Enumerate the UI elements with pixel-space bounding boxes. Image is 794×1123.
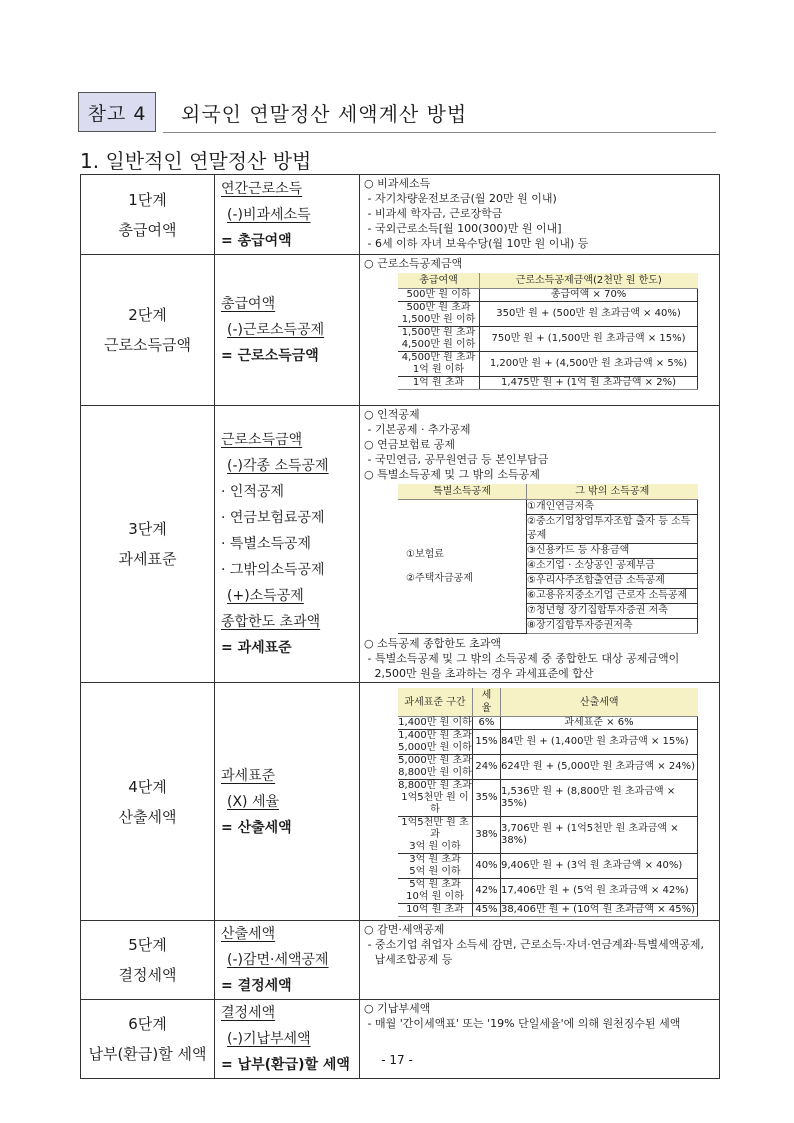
sub-table-header: 세율: [472, 688, 500, 717]
sub-table: 특별소득공제그 밖의 소득공제①보험료②주택자금공제①개인연금저축②중소기업창업…: [398, 484, 698, 634]
formula-cell: 과세표준(X) 세율= 산출세액: [215, 683, 360, 921]
formula-line: · 그밖의소득공제: [221, 557, 359, 583]
cell-line: 과세표준 × 6%: [501, 717, 697, 729]
formula-line: (-)근로소득공제: [221, 317, 359, 343]
formula-cell: 근로소득금액(-)각종 소득공제· 인적공제· 연금보험료공제· 특별소득공제·…: [215, 406, 360, 683]
sub-table-cell: 1,536만 원 + (8,800만 원 초과금액 × 35%): [500, 780, 697, 817]
sub-table-cell: 40%: [472, 854, 500, 879]
cell-line: 1억 원 이하: [398, 364, 479, 376]
sub-table-row: 10억 원 초과45%38,406만 원 + (10억 원 초과금액 × 45%…: [398, 904, 698, 917]
step-row: 1단계총급여액연간근로소득(-)비과세소득= 총급여액○ 비과세소득 - 자기차…: [81, 175, 720, 255]
sub-table-cell: 5억 원 초과10억 원 이하: [398, 879, 472, 904]
cell-line: 4,500만 원 초과: [398, 352, 479, 364]
sub-table-cell: 4,500만 원 초과1억 원 이하: [398, 352, 480, 377]
cell-line: 1,200만 원 + (4,500만 원 초과금액 × 5%): [480, 358, 697, 370]
formula-line: (+)소득공제: [221, 583, 359, 609]
sub-table-cell: 17,406만 원 + (5억 원 초과금액 × 42%): [500, 879, 697, 904]
step-label-cell: 1단계총급여액: [81, 175, 215, 255]
cell-line: 1,475만 원 + (1억 원 초과금액 × 2%): [480, 377, 697, 389]
cell-line: 84만 원 + (1,400만 원 초과금액 × 15%): [501, 736, 697, 748]
sub-table-cell: 42%: [472, 879, 500, 904]
step-number: 3단계: [81, 514, 214, 544]
cell-line: 1,500만 원 이하: [398, 314, 479, 326]
sub-table-header-row: 특별소득공제그 밖의 소득공제: [398, 484, 698, 500]
sub-table-cell: 1,500만 원 초과4,500만 원 이하: [398, 327, 480, 352]
cell-line: 6%: [473, 717, 500, 729]
cell-line: 1,400만 원 초과: [398, 730, 472, 742]
sub-table-cell: 24%: [472, 755, 500, 780]
step-label-cell: 4단계산출세액: [81, 683, 215, 921]
sub-table-row: 1,500만 원 초과4,500만 원 이하750만 원 + (1,500만 원…: [398, 327, 698, 352]
detail-line: ○ 인적공제: [364, 407, 715, 422]
cell-line: 1억 원 초과: [398, 377, 479, 389]
step-name: 총급여액: [81, 215, 214, 245]
cell-line: 17,406만 원 + (5억 원 초과금액 × 42%): [501, 885, 697, 897]
page-number: - 17 -: [0, 1053, 794, 1067]
cell-line: 500만 원 이하: [398, 289, 479, 301]
sub-table-row: 4,500만 원 초과1억 원 이하1,200만 원 + (4,500만 원 초…: [398, 352, 698, 377]
step-name: 과세표준: [81, 544, 214, 574]
step-row: 2단계근로소득금액총급여액(-)근로소득공제= 근로소득금액○ 근로소득공제금액…: [81, 255, 720, 406]
detail-line: 납세조합공제 등: [364, 952, 715, 967]
formula-line: 결정세액: [221, 1000, 359, 1026]
cell-line: 9,406만 원 + (3억 원 초과금액 × 40%): [501, 860, 697, 872]
step-row: 3단계과세표준근로소득금액(-)각종 소득공제· 인적공제· 연금보험료공제· …: [81, 406, 720, 683]
other-deduction-cell: ②중소기업창업투자조합 출자 등 소득공제: [527, 515, 698, 544]
detail-line: - 중소기업 취업자 소득세 감면, 근로소득·자녀·연금계좌·특별세액공제,: [364, 937, 715, 952]
sub-table-row: 500만 원 이하총급여액 × 70%: [398, 289, 698, 302]
sub-table-header: 근로소득공제금액(2천만 원 한도): [480, 273, 698, 289]
step-label-cell: 3단계과세표준: [81, 406, 215, 683]
formula-line: = 과세표준: [221, 635, 359, 661]
special-item: ①보험료: [406, 543, 526, 567]
formula-line: = 결정세액: [221, 973, 359, 999]
step-number: 4단계: [81, 772, 214, 802]
sub-table-row: 1억 원 초과1,475만 원 + (1억 원 초과금액 × 2%): [398, 377, 698, 390]
cell-line: 45%: [473, 904, 500, 916]
step-name: 근로소득금액: [81, 330, 214, 360]
sub-table-cell: 38%: [472, 817, 500, 854]
sub-table-cell: 350만 원 + (500만 원 초과금액 × 40%): [480, 302, 698, 327]
sub-table-cell: 1억5천만 원 초과3억 원 이하: [398, 817, 472, 854]
cell-line: 40%: [473, 860, 500, 872]
sub-table-cell: 1억 원 초과: [398, 377, 480, 390]
cell-line: 5,000만 원 초과: [398, 755, 472, 767]
formula-line: · 인적공제: [221, 479, 359, 505]
formula-cell: 산출세액(-)감면·세액공제= 결정세액: [215, 921, 360, 1000]
step-name: 결정세액: [81, 960, 214, 990]
cell-line: 4,500만 원 이하: [398, 339, 479, 351]
sub-table-header-row: 총급여액근로소득공제금액(2천만 원 한도): [398, 273, 698, 289]
cell-line: 5억 원 이하: [398, 866, 472, 878]
cell-line: 3억 원 이하: [398, 841, 472, 853]
step-label-cell: 5단계결정세액: [81, 921, 215, 1000]
sub-table-header: 총급여액: [398, 273, 480, 289]
other-deduction-cell: ③신용카드 등 사용금액: [527, 544, 698, 559]
formula-line: 과세표준: [221, 763, 359, 789]
sub-table-cell: 1,200만 원 + (4,500만 원 초과금액 × 5%): [480, 352, 698, 377]
detail-line: - 특별소득공제 및 그 밖의 소득공제 중 종합한도 대상 공제금액이: [364, 651, 715, 666]
page-title: 외국인 연말정산 세액계산 방법: [181, 98, 467, 127]
sub-table-header: 특별소득공제: [398, 484, 527, 500]
sub-table-cell: 38,406만 원 + (10억 원 초과금액 × 45%): [500, 904, 697, 917]
sub-table: 총급여액근로소득공제금액(2천만 원 한도)500만 원 이하총급여액 × 70…: [398, 273, 698, 390]
formula-line: (X) 세율: [221, 789, 359, 815]
cell-line: 35%: [473, 792, 500, 804]
detail-line: ○ 근로소득공제금액: [364, 256, 715, 271]
cell-line: 624만 원 + (5,000만 원 초과금액 × 24%): [501, 761, 697, 773]
cell-line: 3,706만 원 + (1억5천만 원 초과금액 × 38%): [501, 823, 697, 847]
cell-line: 1,500만 원 초과: [398, 327, 479, 339]
sub-table-cell: 45%: [472, 904, 500, 917]
formula-line: = 총급여액: [221, 228, 359, 254]
sub-table-cell: 9,406만 원 + (3억 원 초과금액 × 40%): [500, 854, 697, 879]
details-cell: ○ 인적공제 - 기본공제 · 추가공제○ 연금보험료 공제 - 국민연금, 공…: [360, 406, 720, 683]
detail-line: ○ 감면·세액공제: [364, 922, 715, 937]
cell-line: 8,800만 원 이하: [398, 767, 472, 779]
sub-table-cell: 500만 원 초과1,500만 원 이하: [398, 302, 480, 327]
cell-line: 750만 원 + (1,500만 원 초과금액 × 15%): [480, 333, 697, 345]
cell-line: 1,536만 원 + (8,800만 원 초과금액 × 35%): [501, 786, 697, 810]
sub-table-row: 3억 원 초과5억 원 이하40%9,406만 원 + (3억 원 초과금액 ×…: [398, 854, 698, 879]
cell-line: 38,406만 원 + (10억 원 초과금액 × 45%): [501, 904, 697, 916]
section-title: 1. 일반적인 연말정산 방법: [80, 145, 311, 174]
sub-table-row: 5,000만 원 초과8,800만 원 이하24%624만 원 + (5,000…: [398, 755, 698, 780]
sub-table-cell: 6%: [472, 717, 500, 730]
detail-line: ○ 연금보험료 공제: [364, 437, 715, 452]
formula-line: · 연금보험료공제: [221, 505, 359, 531]
other-deduction-cell: ⑦청년형 장기집합투자증권 저축: [527, 604, 698, 619]
details-cell: ○ 근로소득공제금액총급여액근로소득공제금액(2천만 원 한도)500만 원 이…: [360, 255, 720, 406]
sub-table-cell: 3억 원 초과5억 원 이하: [398, 854, 472, 879]
detail-line: - 매월 '간이세액표' 또는 '19% 단일세율'에 의해 원천징수된 세액: [364, 1016, 715, 1031]
cell-line: 3억 원 초과: [398, 854, 472, 866]
sub-table-cell: 750만 원 + (1,500만 원 초과금액 × 15%): [480, 327, 698, 352]
calculation-table: 1단계총급여액연간근로소득(-)비과세소득= 총급여액○ 비과세소득 - 자기차…: [80, 174, 720, 1079]
sub-table-row: 500만 원 초과1,500만 원 이하350만 원 + (500만 원 초과금…: [398, 302, 698, 327]
cell-line: 1억5천만 원 초과: [398, 817, 472, 841]
cell-line: 5억 원 초과: [398, 879, 472, 891]
step-row: 4단계산출세액과세표준(X) 세율= 산출세액과세표준 구간세율산출세액1,40…: [81, 683, 720, 921]
sub-table-header: 과세표준 구간: [398, 688, 472, 717]
details-cell: 과세표준 구간세율산출세액1,400만 원 이하6%과세표준 × 6%1,400…: [360, 683, 720, 921]
other-deduction-cell: ⑧장기집합투자증권저축: [527, 619, 698, 634]
sub-table-cell: 84만 원 + (1,400만 원 초과금액 × 15%): [500, 730, 697, 755]
details-cell: ○ 비과세소득 - 자기차량운전보조금(월 20만 원 이내) - 비과세 학자…: [360, 175, 720, 255]
sub-table-cell: 8,800만 원 초과1억5천만 원 이하: [398, 780, 472, 817]
cell-line: 42%: [473, 885, 500, 897]
sub-table-cell: 1,400만 원 초과5,000만 원 이하: [398, 730, 472, 755]
cell-line: 350만 원 + (500만 원 초과금액 × 40%): [480, 308, 697, 320]
cell-line: 1,400만 원 이하: [398, 717, 472, 729]
cell-line: 10억 원 초과: [398, 904, 472, 916]
detail-line: ○ 소득공제 종합한도 초과액: [364, 636, 715, 651]
formula-line: 종합한도 초과액: [221, 609, 359, 635]
sub-table-header-row: 과세표준 구간세율산출세액: [398, 688, 698, 717]
detail-line: - 6세 이하 자녀 보육수당(월 10만 원 이내) 등: [364, 236, 715, 251]
sub-table-cell: 과세표준 × 6%: [500, 717, 697, 730]
detail-line: - 기본공제 · 추가공제: [364, 422, 715, 437]
other-deduction-cell: ⑤우리사주조합출연금 소득공제: [527, 574, 698, 589]
detail-line: - 국외근로소득[월 100(300)만 원 이내]: [364, 221, 715, 236]
step-number: 1단계: [81, 185, 214, 215]
step-number: 2단계: [81, 300, 214, 330]
formula-line: = 산출세액: [221, 815, 359, 841]
detail-line: ○ 특별소득공제 및 그 밖의 소득공제: [364, 467, 715, 482]
step-label-cell: 2단계근로소득금액: [81, 255, 215, 406]
title-bar: 참고 4 외국인 연말정산 세액계산 방법: [78, 92, 718, 136]
sub-table-cell: 총급여액 × 70%: [480, 289, 698, 302]
cell-line: 총급여액 × 70%: [480, 289, 697, 301]
detail-line: ○ 비과세소득: [364, 176, 715, 191]
sub-table-header: 산출세액: [500, 688, 697, 717]
sub-table-header: 그 밖의 소득공제: [527, 484, 698, 500]
detail-line: - 비과세 학자금, 근로장학금: [364, 206, 715, 221]
sub-table-row: 8,800만 원 초과1억5천만 원 이하35%1,536만 원 + (8,80…: [398, 780, 698, 817]
formula-line: (-)감면·세액공제: [221, 947, 359, 973]
sub-table-cell: 5,000만 원 초과8,800만 원 이하: [398, 755, 472, 780]
sub-table-row: 1,400만 원 이하6%과세표준 × 6%: [398, 717, 698, 730]
detail-line: - 자기차량운전보조금(월 20만 원 이내): [364, 191, 715, 206]
sub-table-row: 1,400만 원 초과5,000만 원 이하15%84만 원 + (1,400만…: [398, 730, 698, 755]
step-number: 6단계: [81, 1009, 214, 1039]
formula-line: 산출세액: [221, 921, 359, 947]
other-deduction-cell: ④소기업 · 소상공인 공제부금: [527, 559, 698, 574]
cell-line: 24%: [473, 761, 500, 773]
sub-table-cell: 3,706만 원 + (1억5천만 원 초과금액 × 38%): [500, 817, 697, 854]
formula-line: (-)기납부세액: [221, 1026, 359, 1052]
special-item: ②주택자금공제: [406, 567, 526, 591]
special-deduction-cell: ①보험료②주택자금공제: [398, 500, 527, 634]
cell-line: 500만 원 초과: [398, 302, 479, 314]
sub-table-row: 5억 원 초과10억 원 이하42%17,406만 원 + (5억 원 초과금액…: [398, 879, 698, 904]
cell-line: 38%: [473, 829, 500, 841]
sub-table-row: 1억5천만 원 초과3억 원 이하38%3,706만 원 + (1억5천만 원 …: [398, 817, 698, 854]
formula-cell: 총급여액(-)근로소득공제= 근로소득금액: [215, 255, 360, 406]
step-row: 5단계결정세액산출세액(-)감면·세액공제= 결정세액○ 감면·세액공제 - 중…: [81, 921, 720, 1000]
cell-line: 1억5천만 원 이하: [398, 792, 472, 816]
detail-line: ○ 기납부세액: [364, 1001, 715, 1016]
cell-line: 10억 원 이하: [398, 891, 472, 903]
sub-table: 과세표준 구간세율산출세액1,400만 원 이하6%과세표준 × 6%1,400…: [398, 688, 698, 917]
detail-line: 2,500만 원을 초과하는 경우 과세표준에 합산: [364, 666, 715, 681]
sub-table-cell: 1,400만 원 이하: [398, 717, 472, 730]
sub-table-cell: 624만 원 + (5,000만 원 초과금액 × 24%): [500, 755, 697, 780]
sub-table-cell: 10억 원 초과: [398, 904, 472, 917]
formula-line: 총급여액: [221, 291, 359, 317]
step-number: 5단계: [81, 930, 214, 960]
formula-cell: 연간근로소득(-)비과세소득= 총급여액: [215, 175, 360, 255]
cell-line: 8,800만 원 초과: [398, 780, 472, 792]
sub-table-cell: 500만 원 이하: [398, 289, 480, 302]
cell-line: 15%: [473, 736, 500, 748]
sub-table-cell: 1,475만 원 + (1억 원 초과금액 × 2%): [480, 377, 698, 390]
sub-table-cell: 35%: [472, 780, 500, 817]
formula-line: (-)각종 소득공제: [221, 453, 359, 479]
formula-line: 근로소득금액: [221, 427, 359, 453]
formula-line: · 특별소득공제: [221, 531, 359, 557]
detail-line: - 국민연금, 공무원연금 등 본인부담금: [364, 452, 715, 467]
reference-label: 참고 4: [78, 92, 156, 132]
formula-line: (-)비과세소득: [221, 202, 359, 228]
formula-line: 연간근로소득: [221, 176, 359, 202]
other-deduction-cell: ⑥고용유지중소기업 근로자 소득공제: [527, 589, 698, 604]
step-name: 산출세액: [81, 802, 214, 832]
cell-line: 5,000만 원 이하: [398, 742, 472, 754]
sub-table-cell: 15%: [472, 730, 500, 755]
title-underline: [163, 132, 716, 133]
formula-line: = 근로소득금액: [221, 343, 359, 369]
other-deduction-cell: ①개인연금저축: [527, 500, 698, 515]
sub-table-row: ①보험료②주택자금공제①개인연금저축: [398, 500, 698, 515]
details-cell: ○ 감면·세액공제 - 중소기업 취업자 소득세 감면, 근로소득·자녀·연금계…: [360, 921, 720, 1000]
